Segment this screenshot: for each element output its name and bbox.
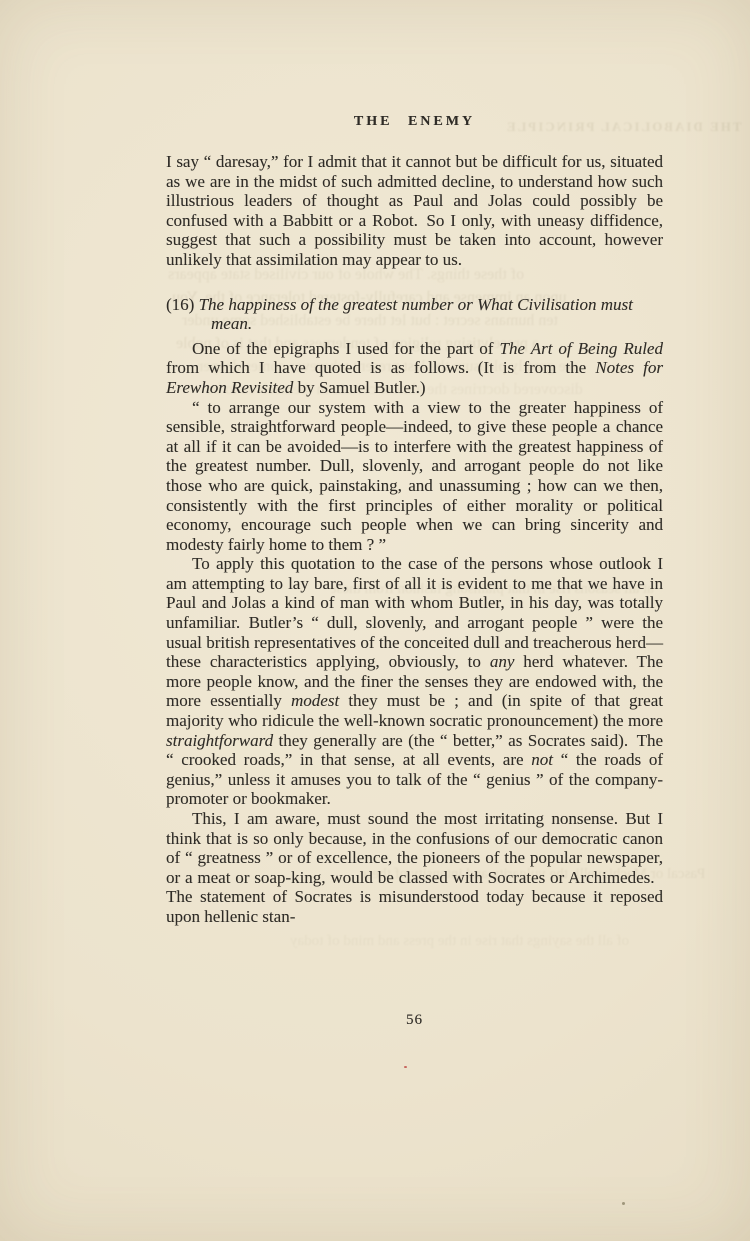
red-ink-speck: [404, 1066, 407, 1068]
paragraph: This, I am aware, must sound the most ir…: [166, 809, 663, 927]
section-heading: (16) The happiness of the greatest numbe…: [166, 295, 663, 334]
paragraph-quotation: “ to arrange our system with a view to t…: [166, 398, 663, 555]
paper-speck: [622, 1202, 625, 1205]
show-through-line: of all the sayings that rise in the pres…: [290, 933, 629, 950]
paragraph: One of the epigraphs I used for the part…: [166, 339, 663, 398]
text-column: I say “ daresay,” for I admit that it ca…: [166, 152, 663, 927]
page-number: 56: [166, 1012, 663, 1029]
scanned-book-page: THE DIABOLICAL PRINCIPLE of these things…: [0, 0, 750, 1241]
paragraph: To apply this quotation to the case of t…: [166, 554, 663, 809]
running-head: THE ENEMY: [166, 114, 663, 130]
paragraph: I say “ daresay,” for I admit that it ca…: [166, 152, 663, 270]
